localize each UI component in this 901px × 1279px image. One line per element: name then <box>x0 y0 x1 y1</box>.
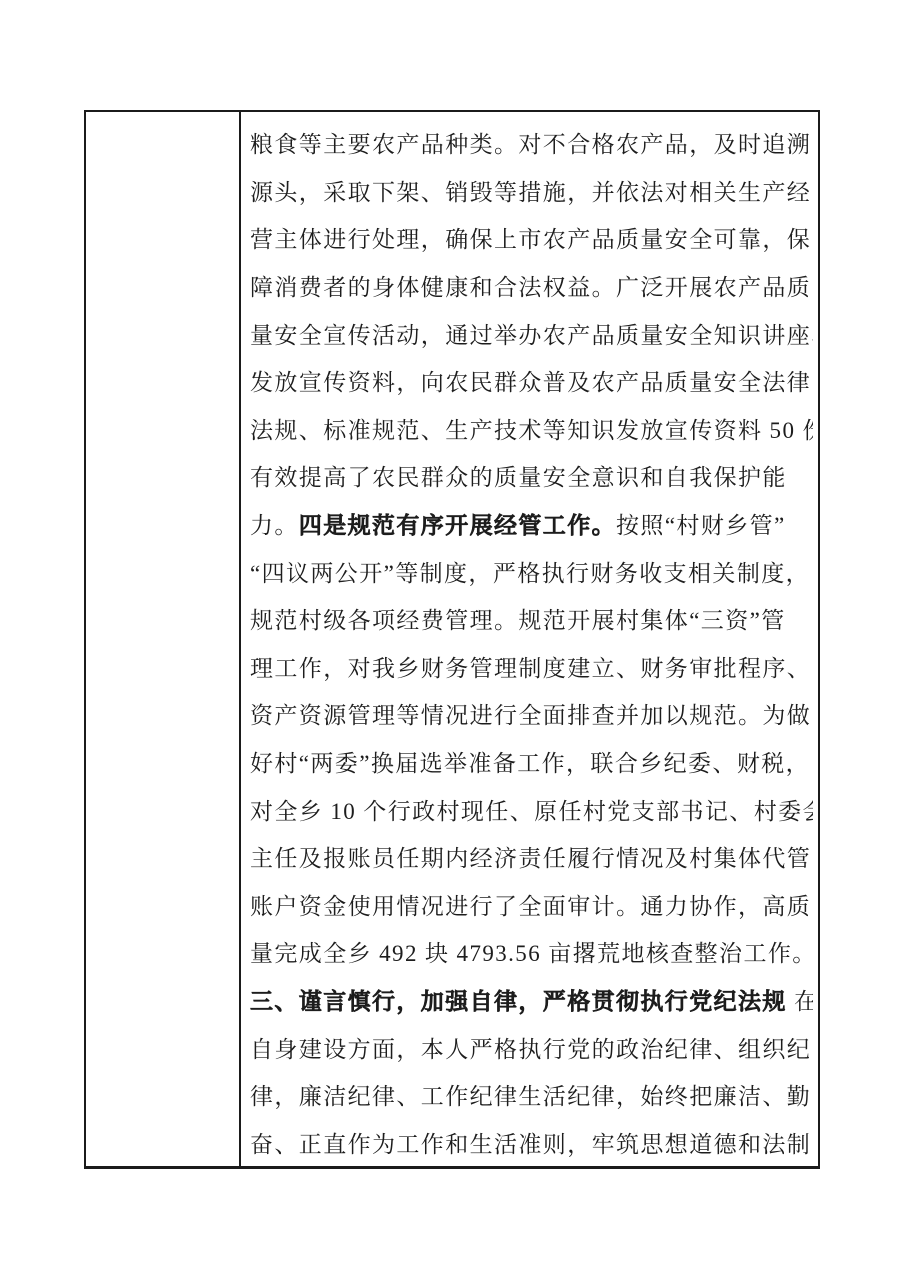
text-line: 主任及报账员任期内经济责任履行情况及村集体代管 <box>250 833 813 881</box>
text-line: 账户资金使用情况进行了全面审计。通力协作，高质 <box>250 881 813 929</box>
text-segment: 法规、标准规范、生产技术等知识发放宣传资料 50 份， <box>250 412 813 445</box>
text-lines: 粮食等主要农产品种类。对不合格农产品，及时追溯源头，采取下架、销毁等措施，并依法… <box>250 119 813 1166</box>
text-segment: 规范村级各项经费管理。规范开展村集体“三资”管 <box>250 602 786 635</box>
text-segment: 按照“村财乡管” <box>616 507 786 540</box>
text-line: 理工作，对我乡财务管理制度建立、财务审批程序、 <box>250 643 813 691</box>
text-segment: “四议两公开”等制度，严格执行财务收支相关制度， <box>250 555 810 588</box>
text-line: 发放宣传资料，向农民群众普及农产品质量安全法律 <box>250 357 813 405</box>
text-segment: 账户资金使用情况进行了全面审计。通力协作，高质 <box>250 888 811 921</box>
text-segment: 三、谨言慎行，加强自律，严格贯彻执行党纪法规 <box>250 983 787 1016</box>
text-line: 奋、正直作为工作和生活准则，牢筑思想道德和法制 <box>250 1118 813 1166</box>
text-line: 障消费者的身体健康和合法权益。广泛开展农产品质 <box>250 262 813 310</box>
text-segment: 律，廉洁纪律、工作纪律生活纪律，始终把廉洁、勤 <box>250 1078 811 1111</box>
text-line: 量完成全乡 492 块 4793.56 亩撂荒地核查整治工作。 <box>250 928 813 976</box>
text-segment: 发放宣传资料，向农民群众普及农产品质量安全法律 <box>250 364 811 397</box>
text-line: 有效提高了农民群众的质量安全意识和自我保护能 <box>250 452 813 500</box>
text-segment: 在 <box>787 983 813 1016</box>
text-segment: 量安全宣传活动，通过举办农产品质量安全知识讲座、 <box>250 317 813 350</box>
text-segment: 理工作，对我乡财务管理制度建立、财务审批程序、 <box>250 650 811 683</box>
text-line: “四议两公开”等制度，严格执行财务收支相关制度， <box>250 547 813 595</box>
table-cell-label <box>86 112 241 1166</box>
text-line: 法规、标准规范、生产技术等知识发放宣传资料 50 份， <box>250 405 813 453</box>
text-segment: 对全乡 10 个行政村现任、原任村党支部书记、村委会 <box>250 793 813 826</box>
text-segment: 自身建设方面，本人严格执行党的政治纪律、组织纪 <box>250 1031 811 1064</box>
text-segment: 主任及报账员任期内经济责任履行情况及村集体代管 <box>250 840 811 873</box>
text-line: 资产资源管理等情况进行全面排查并加以规范。为做 <box>250 690 813 738</box>
text-line: 源头，采取下架、销毁等措施，并依法对相关生产经 <box>250 167 813 215</box>
text-line: 力。四是规范有序开展经管工作。按照“村财乡管” <box>250 500 813 548</box>
table-cell-content: 粮食等主要农产品种类。对不合格农产品，及时追溯源头，采取下架、销毁等措施，并依法… <box>241 112 818 1166</box>
text-line: 对全乡 10 个行政村现任、原任村党支部书记、村委会 <box>250 785 813 833</box>
text-line: 自身建设方面，本人严格执行党的政治纪律、组织纪 <box>250 1023 813 1071</box>
text-segment: 源头，采取下架、销毁等措施，并依法对相关生产经 <box>250 174 811 207</box>
text-segment: 障消费者的身体健康和合法权益。广泛开展农产品质 <box>250 269 811 302</box>
text-segment: 有效提高了农民群众的质量安全意识和自我保护能 <box>250 459 787 492</box>
text-segment: 奋、正直作为工作和生活准则，牢筑思想道德和法制 <box>250 1126 811 1159</box>
text-line: 好村“两委”换届选举准备工作，联合乡纪委、财税， <box>250 738 813 786</box>
text-line: 三、谨言慎行，加强自律，严格贯彻执行党纪法规 在 <box>250 976 813 1024</box>
text-segment: 粮食等主要农产品种类。对不合格农产品，及时追溯 <box>250 126 811 159</box>
text-segment: 资产资源管理等情况进行全面排查并加以规范。为做 <box>250 697 811 730</box>
text-segment: 好村“两委”换届选举准备工作，联合乡纪委、财税， <box>250 745 810 778</box>
text-line: 律，廉洁纪律、工作纪律生活纪律，始终把廉洁、勤 <box>250 1071 813 1119</box>
text-segment: 力。 <box>250 507 299 540</box>
text-segment: 营主体进行处理，确保上市农产品质量安全可靠，保 <box>250 221 811 254</box>
text-line: 营主体进行处理，确保上市农产品质量安全可靠，保 <box>250 214 813 262</box>
document-page: 粮食等主要农产品种类。对不合格农产品，及时追溯源头，采取下架、销毁等措施，并依法… <box>0 0 901 1279</box>
text-line: 粮食等主要农产品种类。对不合格农产品，及时追溯 <box>250 119 813 167</box>
text-line: 规范村级各项经费管理。规范开展村集体“三资”管 <box>250 595 813 643</box>
text-line: 量安全宣传活动，通过举办农产品质量安全知识讲座、 <box>250 309 813 357</box>
text-segment: 四是规范有序开展经管工作。 <box>299 507 616 540</box>
text-segment: 量完成全乡 492 块 4793.56 亩撂荒地核查整治工作。 <box>250 935 813 968</box>
content-table: 粮食等主要农产品种类。对不合格农产品，及时追溯源头，采取下架、销毁等措施，并依法… <box>84 110 820 1169</box>
